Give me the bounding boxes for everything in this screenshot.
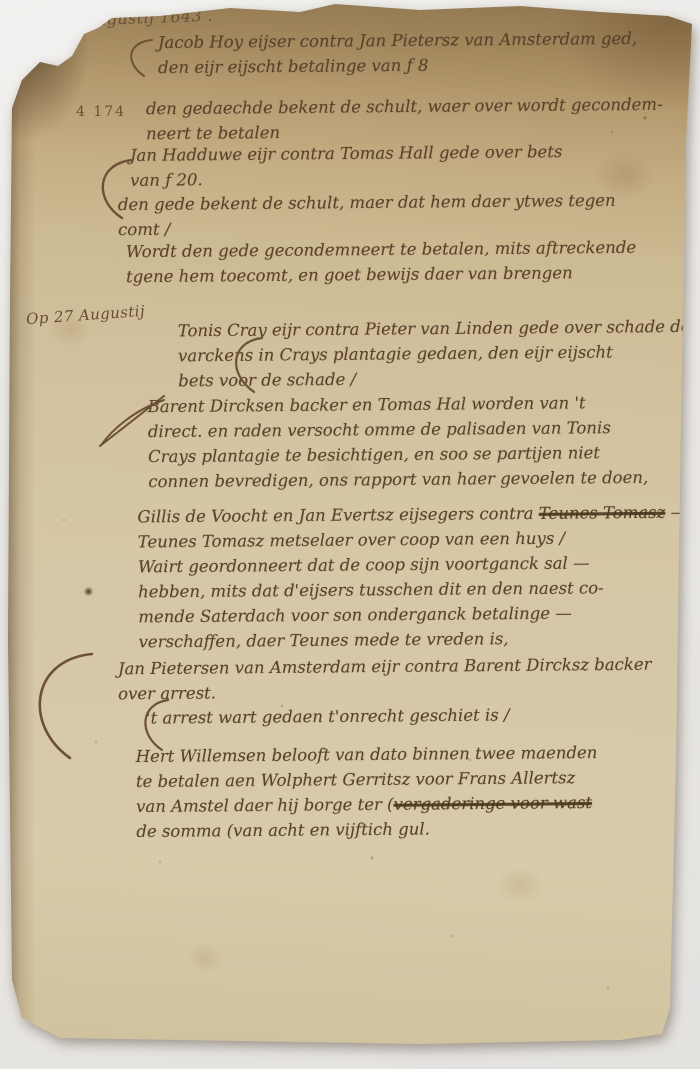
manuscript-line: tgene hem toecomt, en goet bewijs daer v… (126, 260, 636, 289)
manuscript-line: bets voor de schade / (178, 364, 700, 394)
heading-date: Augustij 1643 . (84, 6, 214, 29)
manuscript-line: Jan Hadduwe eijr contra Tomas Hall gede … (130, 139, 563, 168)
manuscript-entry: Wordt den gede gecondemneert te betalen,… (126, 235, 637, 289)
manuscript-line: van Amstel daer hij borge ter (vergaderi… (136, 790, 598, 819)
manuscript-line: over arrest. (118, 677, 652, 707)
manuscript-entry: den gede bekent de schult, maer dat hem … (118, 188, 616, 242)
manuscript-line: 't arrest wart gedaen t'onrecht geschiet… (146, 702, 510, 730)
manuscript-line: den gedaechde bekent de schult, waer ove… (146, 92, 663, 122)
struck-text: Teunes Tomasz (539, 503, 666, 523)
manuscript-line: den eijr eijscht betalinge van ƒ 8 (158, 51, 637, 80)
line-text: van Amstel daer hij borge ter ( (136, 795, 394, 816)
manuscript-entry: Gillis de Voocht en Jan Evertsz eijseger… (137, 500, 688, 655)
manuscript-line: Tonis Cray eijr contra Pieter van Linden… (178, 314, 700, 344)
struck-text: vergaderinge voor wast (393, 793, 592, 814)
manuscript-entry: Jan Hadduwe eijr contra Tomas Hall gede … (130, 139, 563, 193)
manuscript-line: Jan Pietersen van Amsterdam eijr contra … (118, 652, 652, 682)
manuscript-line: den gede bekent de schult, maer dat hem … (118, 188, 616, 217)
manuscript-entry: Tonis Cray eijr contra Pieter van Linden… (178, 314, 700, 394)
ink-flourish-icon (122, 36, 156, 80)
manuscript-entry: Hert Willemsen belooft van dato binnen t… (136, 740, 599, 844)
paper-shadow: Augustij 1643 . 4 174 Op 27 Augustij Jac… (0, 0, 700, 1069)
manuscript-line: Gillis de Voocht en Jan Evertsz eijseger… (137, 500, 687, 530)
manuscript-line: connen bevredigen, ons rapport van haer … (148, 465, 648, 494)
manuscript-page: Augustij 1643 . 4 174 Op 27 Augustij Jac… (0, 0, 700, 1069)
folio-number: 4 174 (76, 104, 126, 120)
manuscript-entry: den gedaechde bekent de schult, waer ove… (146, 92, 663, 147)
manuscript-line: Jacob Hoy eijser contra Jan Pietersz van… (158, 26, 637, 55)
manuscript-entry: Jacob Hoy eijser contra Jan Pietersz van… (158, 26, 638, 80)
manuscript-line: de somma (van acht en vijftich gul. (136, 815, 598, 844)
manuscript-line: verschaffen, daer Teunes mede te vreden … (138, 625, 688, 655)
manuscript-entry: 't arrest wart gedaen t'onrecht geschiet… (146, 702, 510, 730)
scan-background: Augustij 1643 . 4 174 Op 27 Augustij Jac… (0, 0, 700, 1069)
manuscript-entry: Barent Dircksen backer en Tomas Hal word… (148, 390, 649, 494)
margin-note: Op 27 Augustij (26, 302, 146, 328)
line-text: — (665, 503, 687, 522)
ink-flourish-icon (22, 648, 98, 764)
line-text: Gillis de Voocht en Jan Evertsz eijseger… (137, 504, 538, 527)
manuscript-entry: Jan Pietersen van Amsterdam eijr contra … (118, 652, 652, 707)
ink-blot (82, 585, 95, 599)
